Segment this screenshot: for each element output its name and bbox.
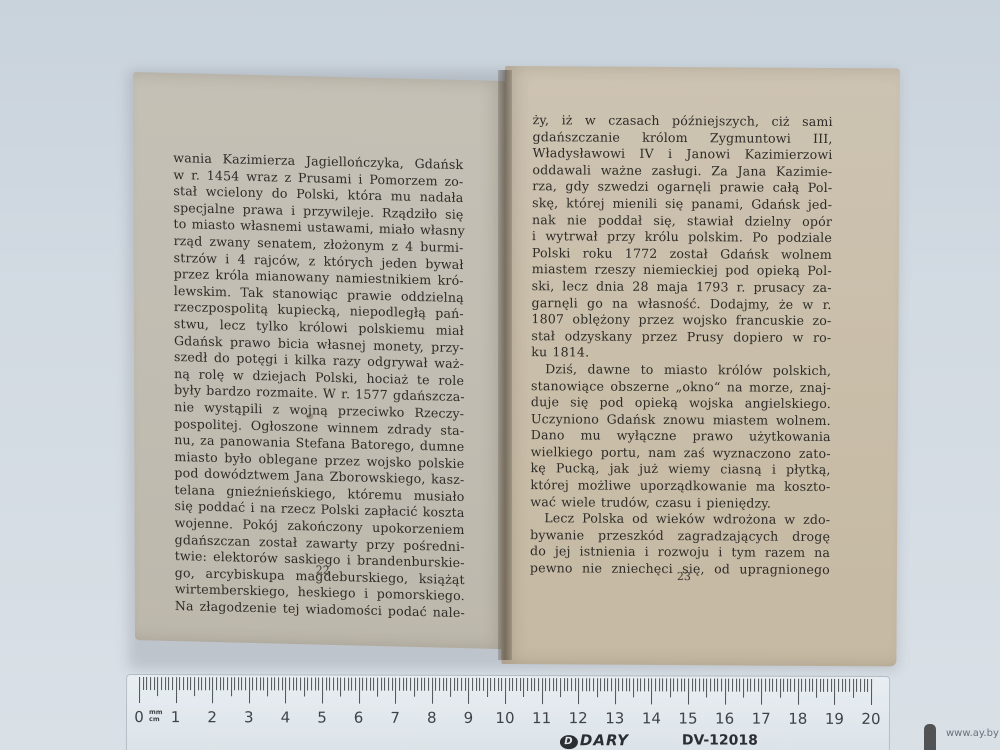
ruler-tick: [809, 679, 810, 692]
ruler-tick: [150, 677, 151, 690]
ruler-tick: [179, 677, 180, 690]
ruler-tick: [710, 679, 711, 692]
ruler-tick: [472, 678, 473, 691]
ruler-tick: [403, 678, 404, 691]
ruler-tick: [597, 678, 598, 697]
ruler-tick: [326, 678, 327, 691]
text-line: do jej istnienia i rozwoju i tym razem n…: [530, 544, 830, 562]
text-line: wać wiele trudów, czasu i pieniędzy.: [530, 494, 830, 512]
ruler-tick: [461, 678, 462, 691]
ruler-tick: [747, 679, 748, 692]
ruler-brand: DDARY: [560, 731, 629, 749]
ruler-tick: [856, 679, 857, 692]
ruler-tick: [296, 677, 297, 690]
text-line: skę, której mienili się panami, Gdańsk j…: [532, 195, 832, 213]
ruler-tick: [487, 678, 488, 697]
text-line: miastem rzeszy niemieckiej pod opieką Po…: [532, 262, 832, 280]
ruler-tick: [834, 679, 835, 705]
ruler-tick: [560, 678, 561, 697]
text-line: bywanie przeszkód zagradzających drogę: [530, 527, 830, 545]
ruler-tick: [388, 678, 389, 691]
ruler-tick: [172, 677, 173, 690]
ruler-tick: [706, 679, 707, 698]
ruler-tick: [769, 679, 770, 692]
ruler-tick: [549, 678, 550, 691]
ruler-tick: [717, 679, 718, 692]
ruler-tick: [395, 678, 396, 704]
ruler-tick: [823, 679, 824, 692]
ruler-tick: [662, 678, 663, 691]
ruler-tick: [791, 679, 792, 692]
ruler-tick: [648, 678, 649, 691]
ruler-tick: [399, 678, 400, 691]
ruler-tick: [209, 677, 210, 690]
ruler-tick: [754, 679, 755, 692]
ruler-tick: [688, 678, 689, 704]
ruler-tick: [289, 677, 290, 690]
ruler-tick: [264, 677, 265, 690]
ruler-tick: [871, 679, 872, 705]
watermark: www.ay.by: [946, 728, 999, 739]
ruler-tick: [406, 678, 407, 691]
ruler-tick: [805, 679, 806, 692]
ruler-tick: [520, 678, 521, 691]
left-page: wania Kazimierza Jagiellończyka, Gdańskw…: [133, 72, 507, 649]
ruler-tick: [783, 679, 784, 692]
ruler-tick: [234, 677, 235, 690]
ruler-tick: [245, 677, 246, 690]
text-line: Dano mu wyłączne prawo użytkowania: [531, 427, 831, 445]
ruler-tick: [589, 678, 590, 691]
ruler-tick: [337, 678, 338, 691]
text-line: ku 1814.: [531, 344, 831, 362]
ruler-tick: [582, 678, 583, 691]
ruler-tick: [231, 677, 232, 696]
ruler-tick: [728, 679, 729, 692]
ruler-tick: [161, 677, 162, 690]
ruler-tick: [842, 679, 843, 692]
ruler-tick: [205, 677, 206, 690]
ruler-cm-label: 14: [642, 709, 661, 727]
ruler-tick: [622, 678, 623, 691]
text-line: i wytrwał przy królu polskim. Po podzial…: [532, 228, 832, 246]
ruler-tick: [476, 678, 477, 691]
ruler-tick: [816, 679, 817, 698]
ruler-tick: [845, 679, 846, 692]
text-line: Polski roku 1772 został Gdańsk wolnem: [532, 245, 832, 263]
ruler-ticks: [139, 677, 879, 709]
ruler-tick: [578, 678, 579, 704]
ruler-tick: [322, 678, 323, 704]
ruler-tick: [359, 678, 360, 704]
ruler-tick: [615, 678, 616, 704]
ruler-tick: [593, 678, 594, 691]
ruler-tick: [545, 678, 546, 691]
text-line: Lecz Polska od wieków wdrożona w zdo-: [530, 510, 830, 528]
ruler-tick: [765, 679, 766, 692]
ruler-tick: [154, 677, 155, 690]
ruler-cm-label: 18: [788, 710, 807, 728]
ruler-tick: [772, 679, 773, 692]
ruler-tick: [644, 678, 645, 691]
ruler-tick: [428, 678, 429, 691]
ruler-tick: [318, 678, 319, 691]
ruler-tick: [157, 677, 158, 696]
ruler-tick: [604, 678, 605, 691]
ruler-cm-label: 5: [317, 709, 327, 727]
ruler-cm-label: 3: [244, 708, 254, 726]
ruler-tick: [362, 678, 363, 691]
ruler-tick: [465, 678, 466, 691]
ruler-tick: [260, 677, 261, 690]
text-line: ży, iż w czasach późniejszych, ciż sami: [533, 112, 833, 130]
ruler-tick: [143, 677, 144, 690]
ruler-tick: [703, 679, 704, 692]
ruler-tick: [454, 678, 455, 691]
text-line: ski, lecz dnia 28 maja 1793 r. prusacy z…: [532, 278, 832, 296]
ruler-tick: [567, 678, 568, 691]
ruler-tick: [780, 679, 781, 698]
ruler-tick: [355, 678, 356, 691]
ruler-tick: [370, 678, 371, 691]
ruler-tick: [498, 678, 499, 691]
ruler-tick: [253, 677, 254, 690]
ruler-tick: [187, 677, 188, 690]
ruler-tick: [714, 679, 715, 692]
ruler-tick: [820, 679, 821, 692]
ruler-tick: [732, 679, 733, 692]
ruler-tick: [640, 678, 641, 691]
text-line: gdańszczanie królom Zygmuntowi III,: [533, 129, 833, 147]
ruler-model: DV-12018: [682, 732, 758, 748]
ink-stain: [306, 413, 313, 419]
ruler-unit-label: mm cm: [149, 709, 163, 723]
dary-logo-icon: D: [560, 735, 578, 749]
ruler-cm-label: 8: [427, 709, 437, 727]
ruler-tick: [333, 678, 334, 691]
ruler-tick: [509, 678, 510, 691]
ruler-tick: [414, 678, 415, 697]
ruler-tick: [176, 677, 177, 703]
ruler-tick: [201, 677, 202, 690]
ruler-tick: [838, 679, 839, 692]
ruler-tick: [271, 677, 272, 690]
ruler-tick: [384, 678, 385, 691]
ruler-tick: [725, 679, 726, 705]
ruler-tick: [439, 678, 440, 691]
ruler-tick: [494, 678, 495, 691]
ruler-cm-label: 13: [605, 709, 624, 727]
ruler-tick: [304, 677, 305, 696]
ruler-tick: [721, 679, 722, 692]
ruler-tick: [659, 678, 660, 691]
ruler-tick: [651, 678, 652, 704]
ruler-tick: [853, 679, 854, 698]
ruler-tick: [311, 677, 312, 690]
ruler-tick: [813, 679, 814, 692]
ruler-tick: [739, 679, 740, 692]
right-page-number: 23: [677, 570, 691, 583]
ruler-tick: [190, 677, 191, 690]
text-line: rza, gdy szwedzi ogarnęli prawie całą Po…: [532, 179, 832, 197]
ruler-tick: [673, 678, 674, 691]
text-line: wielkiego portu, nam zaś wyznaczono zato…: [531, 444, 831, 462]
ruler-tick: [457, 678, 458, 691]
ruler-tick: [798, 679, 799, 705]
ruler-tick: [758, 679, 759, 692]
ruler-cm-label: 2: [207, 708, 217, 726]
ruler-tick: [450, 678, 451, 697]
ruler-tick: [329, 678, 330, 691]
ruler-tick: [600, 678, 601, 691]
ruler-tick: [695, 678, 696, 691]
ruler-tick: [392, 678, 393, 691]
ruler-tick: [425, 678, 426, 691]
ruler-tick: [787, 679, 788, 692]
ruler-tick: [373, 678, 374, 691]
text-line: stanowiące obszerne „okno“ na morze, zna…: [531, 378, 831, 396]
text-line: garnęli go na własność. Dodajmy, że w r.: [532, 295, 832, 313]
right-page-text: ży, iż w czasach późniejszych, ciż samig…: [530, 112, 833, 578]
ruler-tick: [699, 679, 700, 692]
text-line: nak nie poddał się, stawiał dzielny opór: [532, 212, 832, 230]
right-page: ży, iż w czasach późniejszych, ciż samig…: [501, 66, 900, 666]
ruler-tick: [827, 679, 828, 692]
ruler-tick: [556, 678, 557, 691]
ruler-tick: [794, 679, 795, 692]
ruler-tick: [282, 677, 283, 690]
ruler-tick: [443, 678, 444, 691]
ruler-tick: [531, 678, 532, 691]
ruler-tick: [776, 679, 777, 692]
ruler-tick: [479, 678, 480, 691]
ruler-tick: [655, 678, 656, 691]
ruler-tick: [183, 677, 184, 690]
ruler-tick: [274, 677, 275, 690]
ruler-tick: [344, 678, 345, 691]
ruler-tick: [516, 678, 517, 691]
ruler-tick: [501, 678, 502, 691]
ruler-tick: [212, 677, 213, 703]
ruler-tick: [267, 677, 268, 696]
ruler-tick: [534, 678, 535, 691]
ruler-tick: [743, 679, 744, 698]
ruler-tick: [670, 678, 671, 697]
text-line: której możliwe uporządkowanie ma koszto-: [530, 477, 830, 495]
ruler-tick: [410, 678, 411, 691]
ruler-tick: [220, 677, 221, 690]
ruler-tick: [227, 677, 228, 690]
ruler-tick: [575, 678, 576, 691]
ruler-tick: [633, 678, 634, 697]
ruler-tick: [366, 678, 367, 691]
ruler-tick: [802, 679, 803, 692]
ruler-tick: [483, 678, 484, 691]
ruler-tick: [692, 678, 693, 691]
ruler-cm-label: 16: [715, 710, 734, 728]
ruler-tick: [198, 677, 199, 690]
ruler-tick: [146, 677, 147, 690]
unit-cm: cm: [149, 716, 163, 723]
ruler-tick: [278, 677, 279, 690]
ruler-tick: [417, 678, 418, 691]
ruler-tick: [436, 678, 437, 691]
ruler-tick: [586, 678, 587, 691]
ruler-cm-label: 10: [495, 709, 514, 727]
ruler-cm-label: 20: [861, 710, 880, 728]
ruler-tick: [432, 678, 433, 704]
ruler-tick: [139, 677, 140, 703]
ruler-cm-label: 17: [752, 710, 771, 728]
left-page-number: 22: [316, 563, 330, 576]
ruler-cm-label: 6: [354, 709, 364, 727]
ruler-tick: [165, 677, 166, 690]
ruler-tick: [256, 677, 257, 690]
ruler-tick: [750, 679, 751, 692]
ruler-tick: [340, 678, 341, 697]
ruler-tick: [611, 678, 612, 691]
ruler-cm-label: 19: [825, 710, 844, 728]
ruler-tick: [630, 678, 631, 691]
ruler-tick: [831, 679, 832, 692]
ruler-tick: [490, 678, 491, 691]
brand-name: DARY: [580, 731, 629, 749]
ruler-tick: [677, 678, 678, 691]
ruler-cm-label: 4: [281, 708, 291, 726]
text-line: stał odzyskany przez Prusy dopiero w ro-: [531, 328, 831, 346]
text-line: Uczyniono Gdańsk znowu miastem wolnem.: [531, 411, 831, 429]
ruler-cm-label: 11: [532, 709, 551, 727]
ruler-tick: [223, 677, 224, 690]
left-page-text: wania Kazimierza Jagiellończyka, Gdańskw…: [173, 150, 465, 622]
ruler-cm-label: 9: [464, 709, 474, 727]
ruler-tick: [849, 679, 850, 692]
ruler-tick: [666, 678, 667, 691]
ruler-tick: [468, 678, 469, 704]
ruler-tick: [300, 677, 301, 690]
ruler-tick: [626, 678, 627, 691]
text-line: oddawali ważne zasługi. Za Jana Kazimie-: [532, 162, 832, 180]
ruler-tick: [307, 677, 308, 690]
ruler-tick: [421, 678, 422, 691]
ruler-tick: [293, 677, 294, 690]
text-line: 1807 oblężony przez wojsko francuskie zo…: [531, 311, 831, 329]
ruler-cm-label: 7: [390, 709, 400, 727]
ruler-tick: [684, 678, 685, 691]
ruler-tick: [542, 678, 543, 704]
ruler-tick: [216, 677, 217, 690]
ruler-tick: [315, 677, 316, 690]
ruler-cm-label: 0: [134, 708, 144, 726]
ruler-tick: [571, 678, 572, 691]
text-line: Dziś, dawne to miasto królów polskich,: [531, 361, 831, 379]
ruler-tick: [242, 677, 243, 690]
ruler-tick: [761, 679, 762, 705]
ruler-tick: [553, 678, 554, 691]
ruler-tick: [238, 677, 239, 690]
ruler-cm-label: 12: [569, 709, 588, 727]
ruler-tick: [377, 678, 378, 697]
ruler-tick: [736, 679, 737, 692]
ruler-tick: [681, 678, 682, 691]
ruler-tick: [867, 679, 868, 692]
ruler-tick: [619, 678, 620, 691]
ruler-tick: [505, 678, 506, 704]
book-spine-gutter: [498, 70, 512, 660]
ruler-tick: [864, 679, 865, 692]
ruler-tick: [285, 677, 286, 703]
ruler-tick: [564, 678, 565, 691]
ruler-tick: [608, 678, 609, 691]
text-line: Władysławowi IV i Janowi Kazimierzowi: [532, 145, 832, 163]
ruler-tick: [860, 679, 861, 692]
ruler-tick: [637, 678, 638, 691]
text-line: kę Pucką, jak już wiemy ciasną i płytką,: [530, 461, 830, 479]
text-line: duje się pod opieką wojska angielskiego.: [531, 394, 831, 412]
ruler-tick: [447, 678, 448, 691]
ruler-tick: [348, 678, 349, 691]
ruler-tick: [249, 677, 250, 703]
ruler-tick: [194, 677, 195, 696]
ruler-tick: [168, 677, 169, 690]
ruler-tick: [527, 678, 528, 691]
ruler-cm-label: 1: [171, 708, 181, 726]
ruler-tick: [381, 678, 382, 691]
ruler-tick: [523, 678, 524, 697]
ruler-cm-label: 15: [678, 709, 697, 727]
ruler-tick: [351, 678, 352, 691]
pen-tip: [924, 724, 936, 750]
ruler-tick: [512, 678, 513, 691]
ruler: mm cm 01234567891011121314151617181920 D…: [126, 674, 890, 750]
ruler-tick: [538, 678, 539, 691]
